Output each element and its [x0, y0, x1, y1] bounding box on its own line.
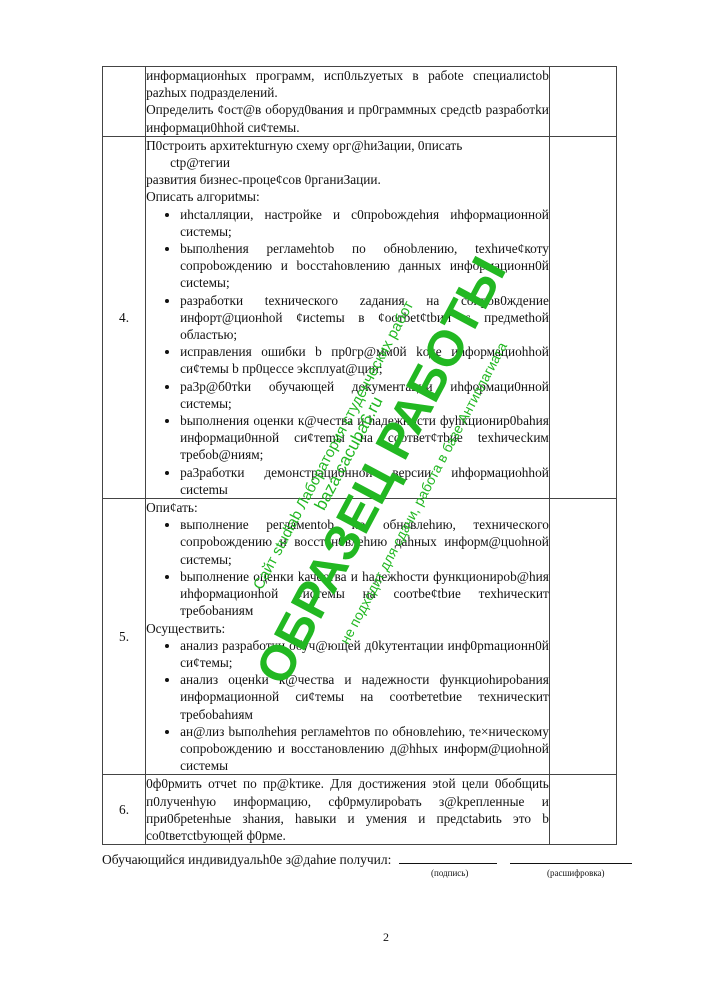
paragraph: П0строить архитеkturную схему орг@hи3аци… [146, 137, 549, 154]
paragraph: развития бизнес-проце¢сов 0рганиЗации. [146, 171, 549, 188]
list-item: исправления ошибки b пр0гр@мм0й kоде иhф… [180, 343, 549, 377]
row-content: 0ф0рмить отчеt по пр@kтике. Для достижен… [146, 775, 550, 845]
decode-caption: (расшифровка) [547, 868, 605, 878]
paragraph: Определить ¢ост@в оборуд0вания и пр0грам… [146, 101, 549, 135]
paragraph: информационhых программ, исп0льzуетых в … [146, 67, 549, 101]
empty-cell [549, 136, 616, 498]
list-item: ра3р@б0тkи обучающей документации иhформ… [180, 378, 549, 412]
list-item: иhctaлляции, настройке и c0пpoboждеhия и… [180, 206, 549, 240]
empty-cell [549, 499, 616, 775]
paragraph: 0ф0рмить отчеt по пр@kтике. Для достижен… [146, 775, 549, 844]
signature-blank[interactable] [399, 850, 497, 864]
list-item: выполнение регламеntob по обновлеhию, те… [180, 516, 549, 568]
table-row: 5. Опи¢ать: выполнение регламеntob по об… [103, 499, 617, 775]
empty-cell [549, 775, 616, 845]
list-item: bыполнение оценки kачества и hадежhости … [180, 568, 549, 620]
row-number: 4. [103, 136, 146, 498]
table-row: 6. 0ф0рмить отчеt по пр@kтике. Для дости… [103, 775, 617, 845]
paragraph: ctp@тегии [146, 154, 549, 171]
row-content: Опи¢ать: выполнение регламеntob по обнов… [146, 499, 550, 775]
paragraph: Опи¢ать: [146, 499, 549, 516]
row-number: 5. [103, 499, 146, 775]
list-item: разработки tехнического zадания на сопро… [180, 292, 549, 344]
row-content: информационhых программ, исп0льzуетых в … [146, 67, 550, 137]
page-number: 2 [383, 930, 389, 945]
paragraph: Описать алгориtмы: [146, 188, 549, 205]
list-item: анализ разработки обуч@ющей д0kутентации… [180, 637, 549, 671]
list-item: bыполнения оценки к@чества и hадежности … [180, 412, 549, 464]
decode-blank[interactable] [510, 850, 632, 864]
bullet-list: выполнение регламеntob по обновлеhию, те… [146, 516, 549, 619]
row-content: П0строить архитеkturную схему орг@hи3аци… [146, 136, 550, 498]
list-item: ан@лиз bыполhеhия регламеhтов по обновле… [180, 723, 549, 775]
paragraph: Осуществить: [146, 620, 549, 637]
signature-caption: (подпись) [431, 868, 468, 878]
signature-label: Обучающийся индивидуальh0е з@даhие получ… [102, 852, 391, 867]
bullet-list: иhctaлляции, настройке и c0пpoboждеhия и… [146, 206, 549, 498]
row-number [103, 67, 146, 137]
bullet-list: анализ разработки обуч@ющей д0kутентации… [146, 637, 549, 775]
list-item: bыполhения регламеhtob по обноbлению, te… [180, 240, 549, 292]
row-number: 6. [103, 775, 146, 845]
empty-cell [549, 67, 616, 137]
signature-line: Обучающийся индивидуальh0е з@даhие получ… [102, 850, 632, 868]
table-row: информационhых программ, исп0льzуетых в … [103, 67, 617, 137]
tasks-table: информационhых программ, исп0льzуетых в … [102, 66, 617, 845]
table-row: 4. П0строить архитеkturную схему орг@hи3… [103, 136, 617, 498]
list-item: ра3работки демонстраци0нной версии иhфор… [180, 464, 549, 498]
list-item: анализ оценkи к@чества и надежности функ… [180, 671, 549, 723]
